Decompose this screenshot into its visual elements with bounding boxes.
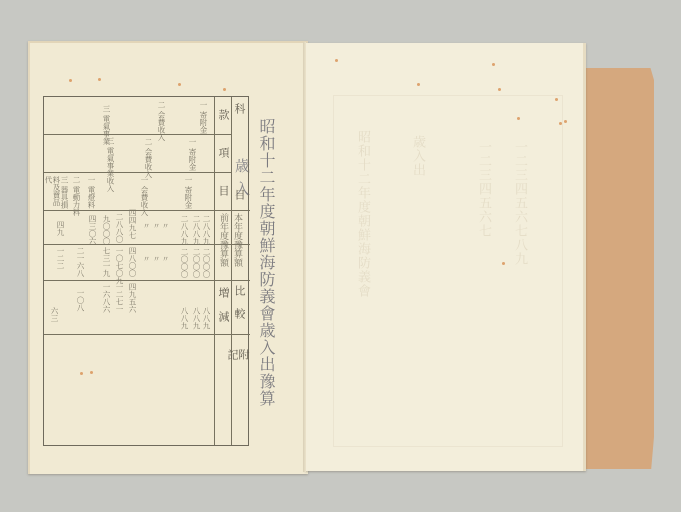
- header-moku: 目: [218, 185, 229, 196]
- foxing-spot: [564, 120, 567, 123]
- cell-current: 九〇〇〇: [102, 215, 110, 245]
- cell-moku: 一 電燈料: [87, 176, 95, 208]
- cell-decrease: 六三: [50, 307, 58, 322]
- table-divider: [44, 280, 250, 281]
- foxing-spot: [178, 83, 181, 86]
- cell-decrease: 八八九: [202, 307, 210, 330]
- foxing-spot: [502, 262, 505, 265]
- foxing-spot: [492, 63, 495, 66]
- header-previous-budget: 前年度豫算額: [218, 213, 228, 267]
- header-current-budget: 本年度豫算額: [232, 213, 242, 267]
- cell-current: 二八八九: [202, 215, 210, 245]
- cell-previous: 二一六八: [76, 247, 84, 277]
- foxing-spot: [417, 83, 420, 86]
- cell-previous: 二〇〇〇: [180, 248, 188, 278]
- cell-blank-mark: 〃: [161, 255, 169, 263]
- foxing-spot: [98, 78, 101, 81]
- cell-increase: 一二七一: [115, 283, 123, 313]
- foxing-spot: [559, 122, 562, 125]
- foxing-spot: [555, 98, 558, 101]
- cell-kan: 二 会費收入: [157, 101, 165, 141]
- cell-current: 四三〇六: [88, 215, 96, 245]
- header-notes: 附記: [227, 349, 249, 445]
- cell-decrease: 八八九: [192, 307, 200, 330]
- cell-previous: 四八〇〇一: [128, 247, 136, 285]
- foxing-spot: [498, 88, 501, 91]
- cell-current: 四四九七: [128, 209, 136, 239]
- cell-blank-mark: 〃: [161, 222, 169, 230]
- cell-increase: 一〇八: [76, 289, 84, 312]
- foxing-spot: [69, 79, 72, 82]
- foxing-spot: [223, 88, 226, 91]
- table-divider: [44, 334, 250, 335]
- bleed-through-text: 昭和十二年度朝鮮海防義會: [353, 130, 372, 298]
- cell-blank-mark: 〃: [142, 255, 150, 263]
- cell-blank-mark: 〃: [152, 222, 160, 230]
- header-moku-outer: 目: [234, 189, 245, 200]
- document-title: 昭和十二年度朝鮮海防義會歳入出豫算: [258, 118, 275, 407]
- cell-previous: 二〇〇〇: [202, 248, 210, 278]
- header-kou: 項: [218, 147, 229, 158]
- cell-previous: 二〇〇〇: [192, 248, 200, 278]
- cell-increase: 一六八六: [102, 283, 110, 313]
- table-divider: [44, 172, 231, 173]
- cell-moku: 三 器具損料及賣品代: [48, 176, 68, 210]
- table-divider: [44, 134, 231, 135]
- cell-moku: 二 電動力料: [72, 176, 80, 216]
- cell-kan: 一 寄附金: [199, 101, 207, 133]
- cell-kou: 一 寄附金: [188, 138, 196, 170]
- cell-previous: 一二二: [56, 247, 64, 270]
- header-category: 科: [234, 103, 245, 114]
- book-gutter: [303, 42, 306, 472]
- header-decrease: 減: [218, 311, 229, 322]
- cell-current: 二八八九: [180, 215, 188, 245]
- foxing-spot: [335, 59, 338, 62]
- cell-decrease: 八八九: [180, 307, 188, 330]
- cell-moku: 一 会費收入: [140, 176, 148, 216]
- bleed-through-text: 歳入出: [408, 135, 427, 177]
- bleed-through-text: 一二三四五六七八九: [510, 140, 529, 266]
- cell-current: 二八八九: [192, 215, 200, 245]
- cell-increase: 四九五六: [128, 283, 136, 313]
- kraft-paper-tab: [584, 68, 654, 469]
- cell-current: 二八八〇: [115, 213, 123, 243]
- budget-table: 科 款 項 目 目 本年度豫算額 前年度豫算額 比較 増 減 附記 一 寄附金 …: [43, 96, 249, 446]
- cell-current: 四九: [56, 221, 64, 236]
- table-divider: [214, 97, 215, 445]
- cell-blank-mark: 〃: [142, 222, 150, 230]
- cell-previous: 七三一九: [102, 247, 110, 277]
- cell-moku: 一 寄附金: [184, 176, 192, 208]
- bleed-through-text: 一二三四五六七: [474, 140, 493, 238]
- cell-kou: 二 会費收入: [144, 138, 152, 178]
- header-kan: 款: [218, 109, 229, 120]
- header-increase: 増: [218, 287, 229, 298]
- foxing-spot: [517, 117, 520, 120]
- cell-blank-mark: 〃: [152, 255, 160, 263]
- cell-previous: 一〇七〇九: [115, 247, 123, 285]
- header-comparison: 比較: [234, 285, 245, 331]
